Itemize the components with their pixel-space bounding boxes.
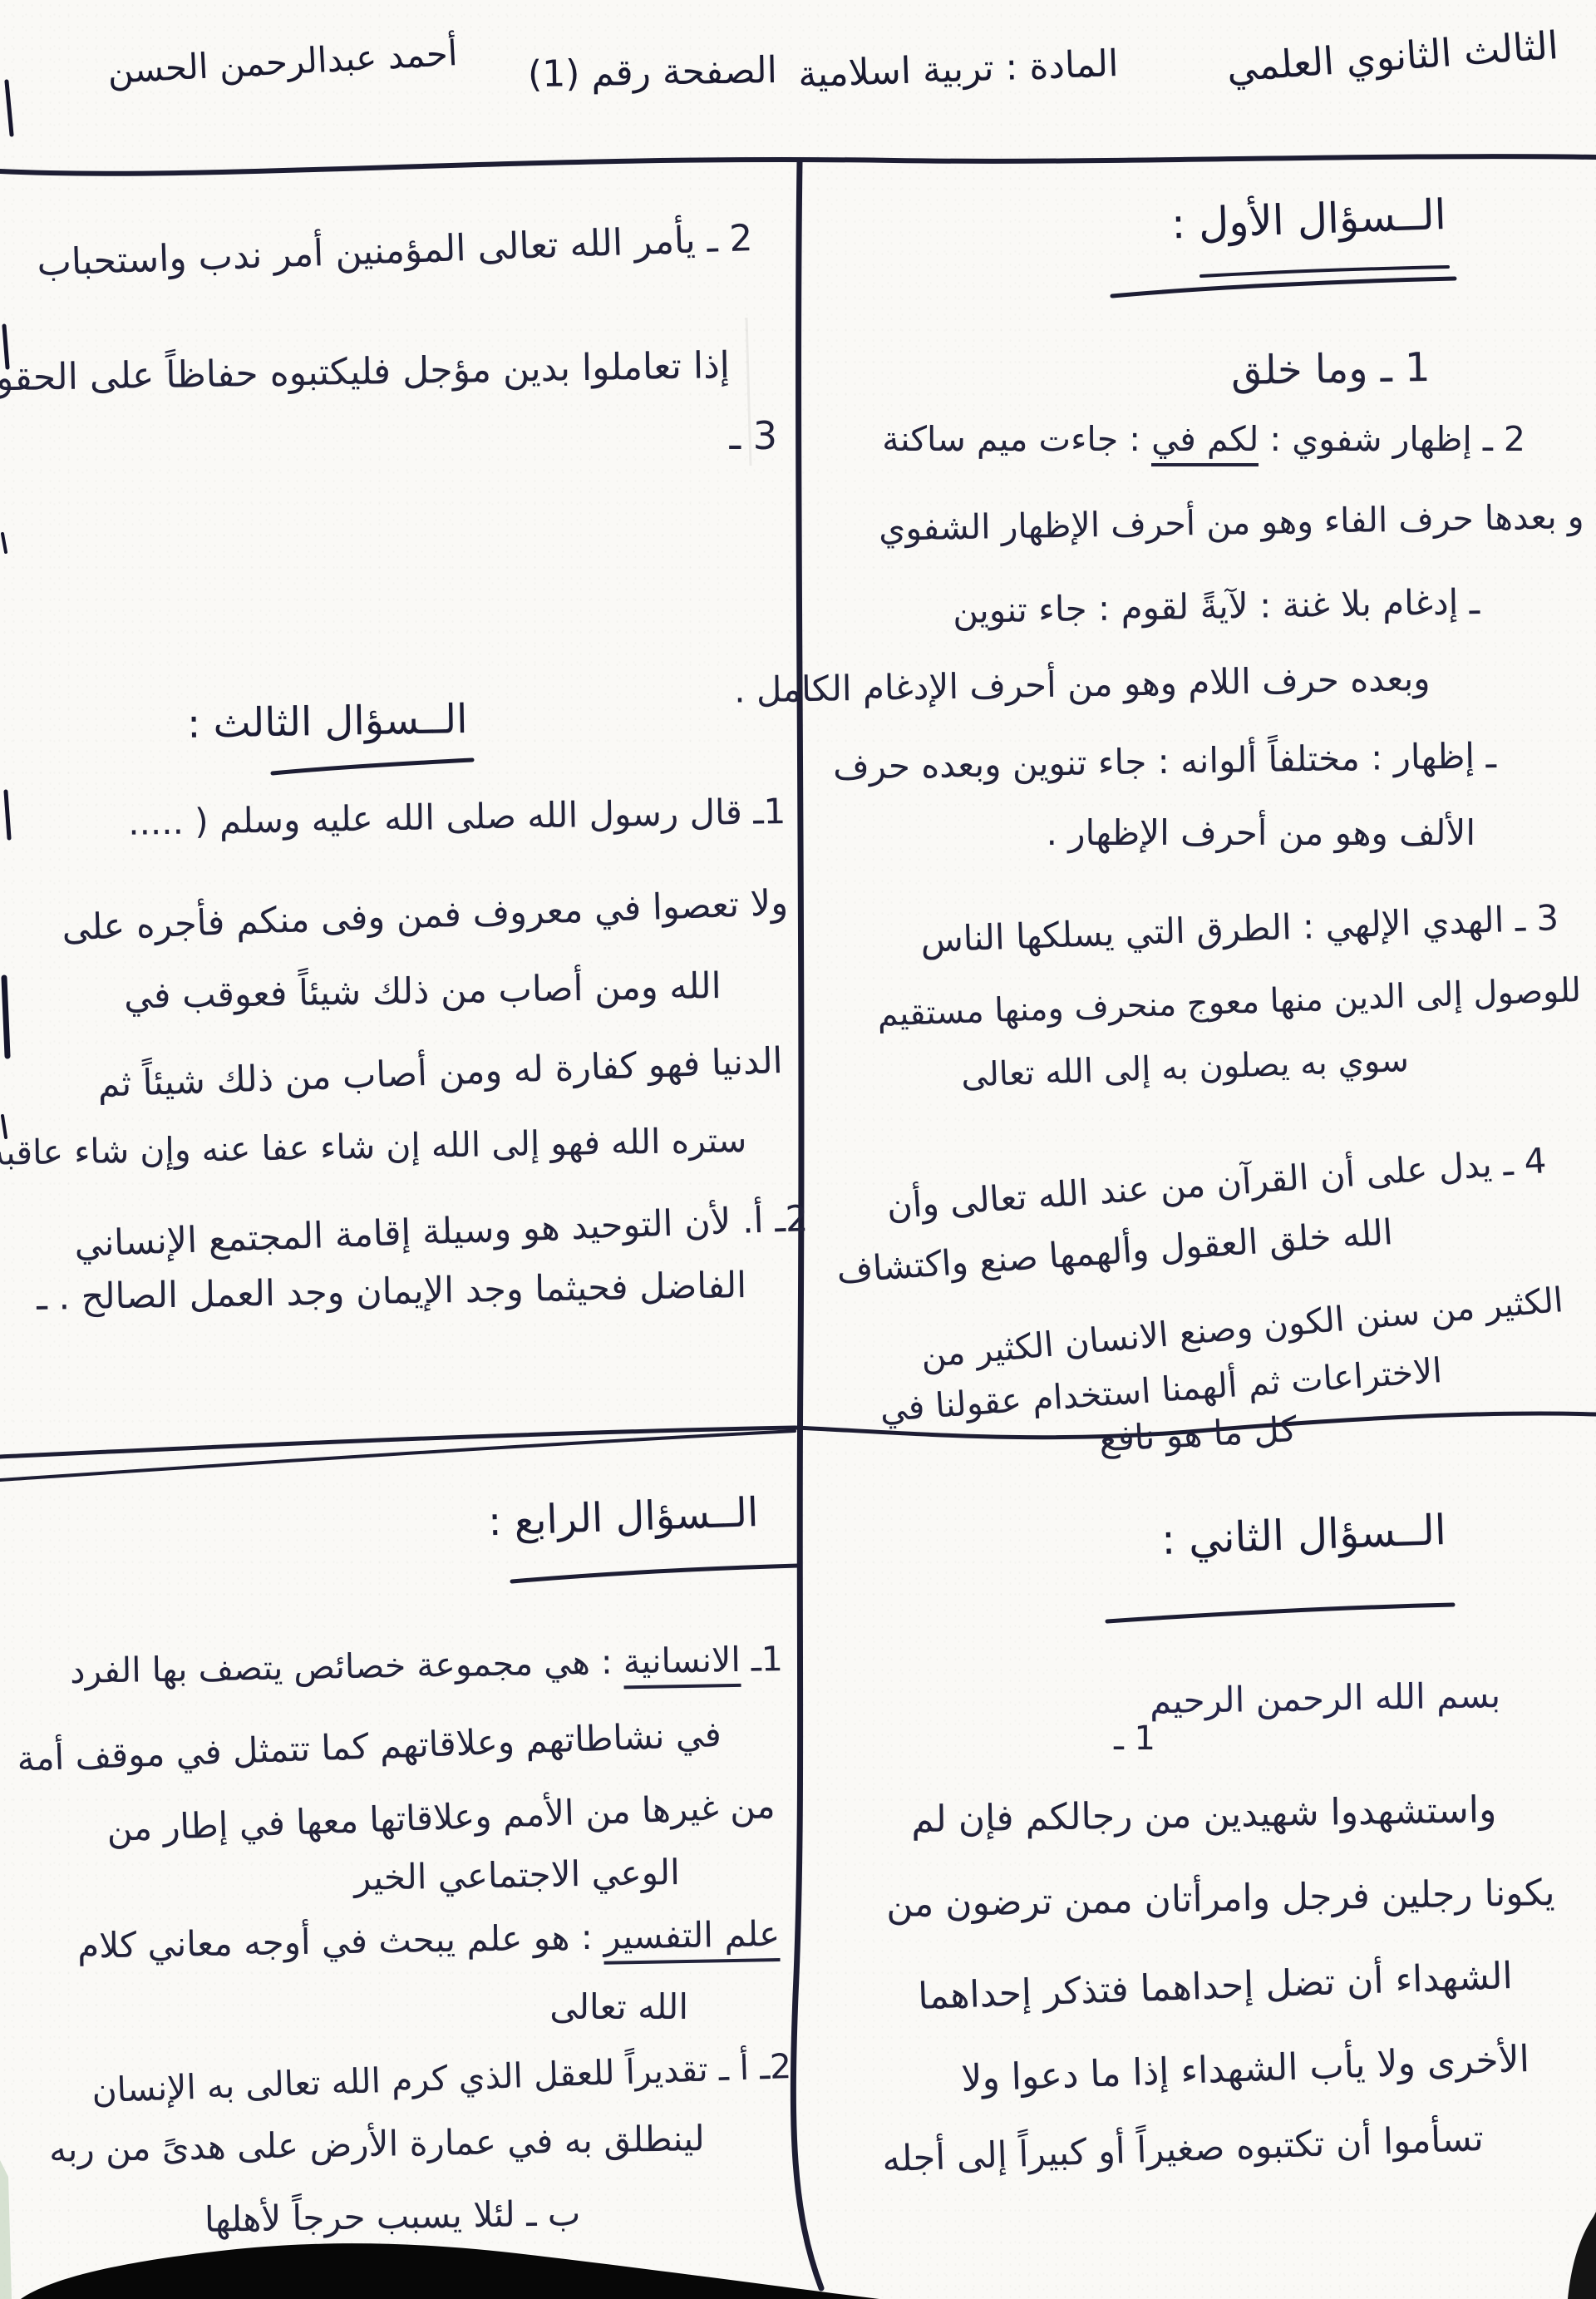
q1-item2-line1: 2 ـ إظهار شفوي : لكم في : جاءت ميم ساكنة (882, 420, 1525, 459)
q4-item1-suffix: : هي مجموعة خصائص يتصف بها الفرد (70, 1641, 623, 1691)
q2-heading: الــسؤال الثاني : (1160, 1507, 1447, 1564)
q4-item1-line4: الوعي الاجتماعي الخير (354, 1853, 681, 1898)
header-student-name: أحمد عبدالرحمن الحسن (106, 33, 458, 91)
q1-item2-prefix: 2 ـ إظهار شفوي : (1259, 419, 1525, 459)
q3-heading: الــسؤال الثالث : (186, 697, 467, 747)
header-page-label: الصفحة رقم (1) (528, 50, 778, 96)
q3-item2-line2: الفاضل فحيثما وجد الإيمان وجد العمل الصا… (37, 1265, 747, 1319)
edge-mark-1 (7, 81, 12, 135)
q2-verse-line2: يكونا رجلين فرجل وامرأتان ممن ترضون من (885, 1872, 1554, 1927)
q1-idgham-line2: وبعده حرف اللام وهو من أحرف الإدغام الكا… (733, 659, 1430, 711)
q1-item2-underlined-term: لكم في (1151, 419, 1259, 466)
q1-izhar-line2: الألف وهو من أحرف الإظهار . (1047, 813, 1475, 853)
q1-item3-line1: 3 ـ الهدي الإلهي : الطرق التي يسلكها الن… (920, 898, 1559, 960)
q1-item4-line1: 4 ـ يدل على أن القرآن من عند الله تعالى … (885, 1141, 1548, 1227)
q4-heading: الــسؤال الرابع : (487, 1490, 759, 1546)
q1-heading: الــسؤال الأول : (1171, 191, 1447, 249)
q1-item2-suffix: : جاءت ميم ساكنة (882, 419, 1151, 459)
bottom-scan-shadow (21, 2243, 879, 2299)
q4-tafsir-suffix: : هو علم يبحث في أوجه معاني كلام (76, 1917, 603, 1966)
q2-item-number: 1 ـ (1114, 1719, 1155, 1758)
middle-divider-line-a (0, 1428, 795, 1457)
q4-item1-line2: في نشاطاتهم وعلاقاتهم كما تتمثل في موقف … (17, 1714, 722, 1779)
bottom-left-scan-sliver (0, 2160, 12, 2299)
edge-mark-5 (4, 978, 7, 1056)
q4-tafsir-line2: الله تعالى (549, 1987, 688, 2027)
header-subject-label: المادة : تربية اسلامية (797, 43, 1119, 96)
q4-item1-line3: من غيرها من الأمم وعلاقاتها معها في إطار… (106, 1786, 776, 1849)
q1-left-item3-number: 3 ـ (730, 414, 777, 458)
scanned-exam-page: أحمد عبدالرحمن الحسن الصفحة رقم (1) الما… (0, 0, 1596, 2299)
q1-heading-underline (1112, 279, 1455, 296)
q1-left-item2-line1: 2 ـ يأمر الله تعالى المؤمنين أمر ندب واس… (36, 218, 753, 285)
q1-item1-line: 1 ـ وما خلق (1230, 345, 1430, 394)
q3-hadith-line3: الله ومن أصاب من ذلك شيئاً فعوقب في (124, 966, 722, 1018)
q3-item2-line1: 2ـ أ. لأن التوحيد هو وسيلة إقامة المجتمع… (74, 1199, 809, 1265)
header-class-label: الثالث الثانوي العلمي (1226, 23, 1560, 91)
q1-item3-line2: للوصول إلى الدين منها معوج منحرف ومنها م… (877, 971, 1582, 1034)
q1-idgham-line1: ـ إدغام بلا غنة : لآيةً لقوم : جاء تنوين (953, 582, 1480, 631)
q1-heading-underline-short (1201, 267, 1448, 276)
q1-item2-line2: و بعدها حرف الفاء وهو من أحرف الإظهار ال… (878, 497, 1584, 549)
top-divider-line (0, 156, 1596, 174)
q3-hadith-line5: ستره الله فهو إلى الله إن شاء عفا عنه وإ… (0, 1121, 746, 1174)
q2-verse-line4: الأخرى ولا يأب الشهداء إذا ما دعوا ولا (961, 2039, 1530, 2100)
q2-verse-line1: واستشهدوا شهيدين من رجالكم فإن لم (910, 1789, 1496, 1842)
q1-item4-line3: الكثير من سنن الكون وصنع الانسان الكثير … (919, 1280, 1564, 1376)
q1-item4-line5: كل ما هو نافع (1098, 1409, 1298, 1460)
q4-item2-line1: 2ـ أ ـ تقديراً للعقل الذي كرم الله تعالى… (91, 2047, 792, 2111)
q1-left-item2-line2: إذا تعاملوا بدين مؤجل فليكتبوه حفاظاً عل… (0, 345, 730, 401)
q4-tafsir-underlined-term: علم التفسير (603, 1913, 781, 1965)
q3-hadith-line1: 1ـ قال رسول الله صلى الله عليه وسلم ( ..… (127, 792, 786, 843)
q4-heading-underline (512, 1566, 798, 1581)
q4-item2-line2: لينطلق به في عمارة الأرض على هدىً من ربه (49, 2119, 705, 2170)
q2-verse-line3: الشهداء أن تضل إحداهما فتذكر إحداهما (918, 1956, 1514, 2019)
q2-heading-underline (1107, 1605, 1453, 1621)
q3-heading-underline (273, 760, 472, 773)
q4-tafsir-line1: علم التفسير : هو علم يبحث في أوجه معاني … (76, 1914, 780, 1966)
q4-item2-line3: ب ـ لئلا يسبب حرجاً لأهلها (204, 2193, 580, 2240)
bottom-right-scan-shadow (1568, 2212, 1596, 2299)
q4-item1-prefix: 1ـ (740, 1639, 783, 1680)
edge-mark-4 (6, 792, 9, 838)
q2-basmala: بسم الله الرحمن الرحيم (1150, 1675, 1501, 1722)
q1-item3-line3: سوي به يصلون به إلى الله تعالى (961, 1041, 1410, 1095)
edge-mark-3 (2, 534, 6, 552)
q3-hadith-line2: ولا تعصوا في معروف فمن وفى منكم فأجره عل… (62, 883, 789, 950)
q3-hadith-line4: الدنيا فهو كفارة له ومن أصاب من ذلك شيئا… (97, 1041, 784, 1106)
q4-item1-line1: 1ـ الانسانية : هي مجموعة خصائص يتصف بها … (70, 1640, 784, 1691)
q2-verse-line5: تسأموا أن تكتبوه صغيراً أو كبيراً إلى أج… (882, 2119, 1485, 2181)
q1-izhar-line1: ـ إظهار : مختلفاً ألوانه : جاء تنوين وبع… (833, 736, 1496, 787)
q4-item1-underlined-term: الانسانية (623, 1640, 741, 1689)
middle-divider-line-b (0, 1431, 795, 1480)
